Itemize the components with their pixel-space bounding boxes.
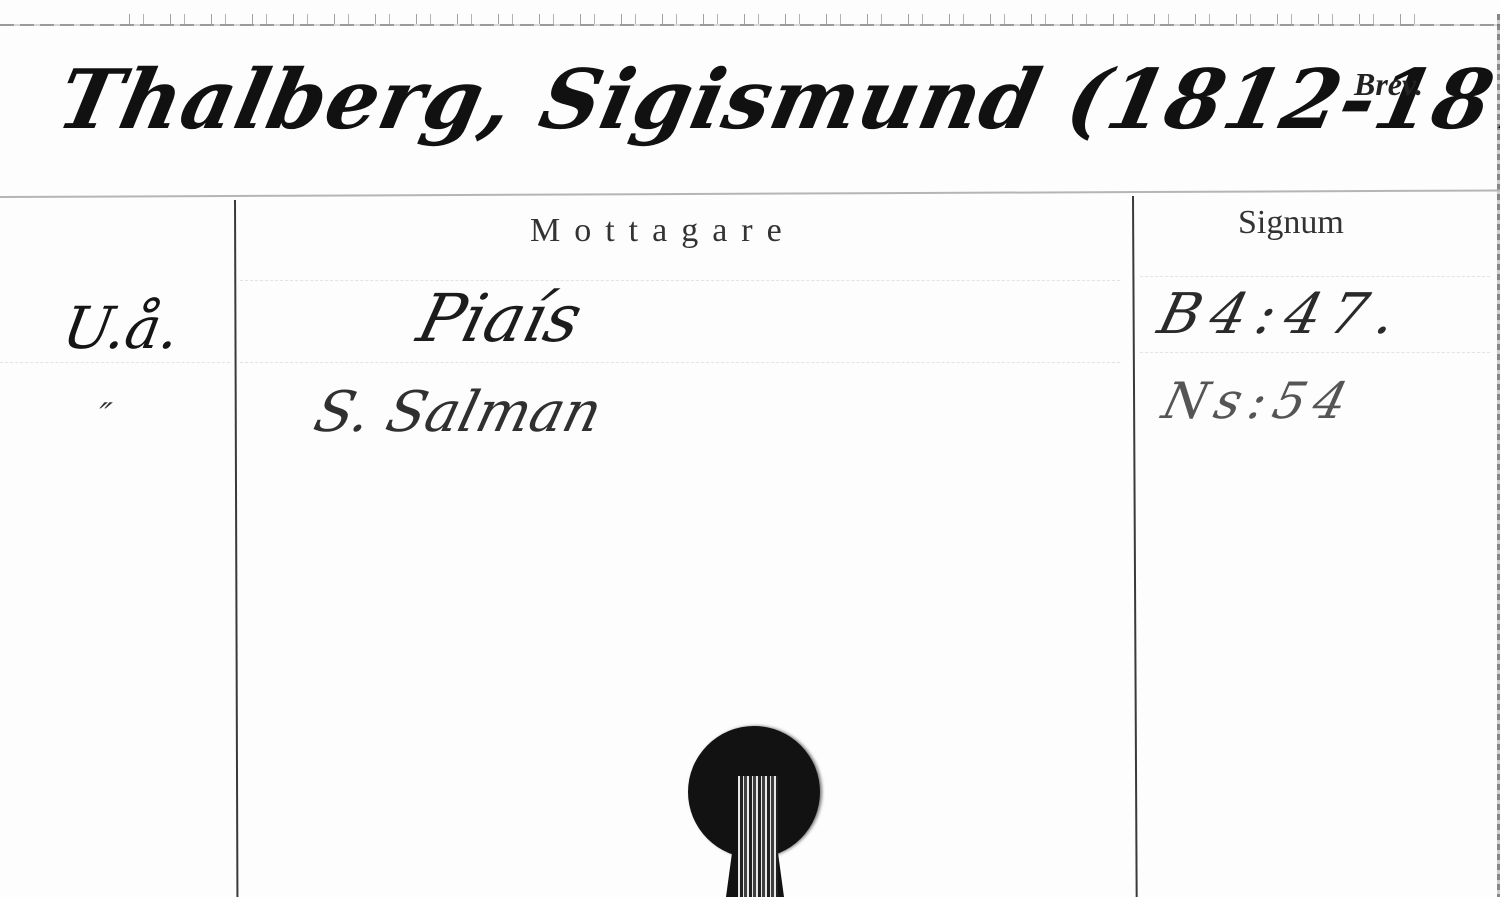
ruled-line bbox=[240, 362, 1120, 363]
date-column-divider bbox=[234, 200, 238, 897]
signum-column-header: Signum bbox=[1238, 204, 1344, 242]
category-label: Brev. bbox=[1354, 66, 1423, 103]
top-tick-marks bbox=[120, 14, 1420, 24]
card-heading: Thalberg, Sigismund (1812-1871) bbox=[50, 52, 1500, 148]
ruled-line bbox=[1140, 352, 1490, 353]
binder-hole-scan-artifact bbox=[738, 776, 778, 897]
entry-signum: B4:47. bbox=[1152, 282, 1413, 347]
ruled-line bbox=[1140, 276, 1490, 277]
ruled-line bbox=[240, 280, 1120, 281]
signum-column-divider bbox=[1132, 196, 1138, 897]
entry-date: ″ bbox=[94, 396, 114, 436]
entry-date: U.å. bbox=[58, 294, 185, 362]
entry-recipient: Piaís bbox=[410, 280, 589, 357]
recipient-column-header: Mottagare bbox=[530, 212, 796, 250]
index-card: Thalberg, Sigismund (1812-1871) Brev. Mo… bbox=[0, 0, 1500, 897]
header-divider bbox=[0, 189, 1500, 198]
top-edge-rule bbox=[0, 24, 1500, 26]
ruled-line bbox=[0, 362, 230, 363]
entry-signum: Ns:54 bbox=[1157, 372, 1361, 430]
entry-recipient: S. Salman bbox=[308, 380, 608, 445]
